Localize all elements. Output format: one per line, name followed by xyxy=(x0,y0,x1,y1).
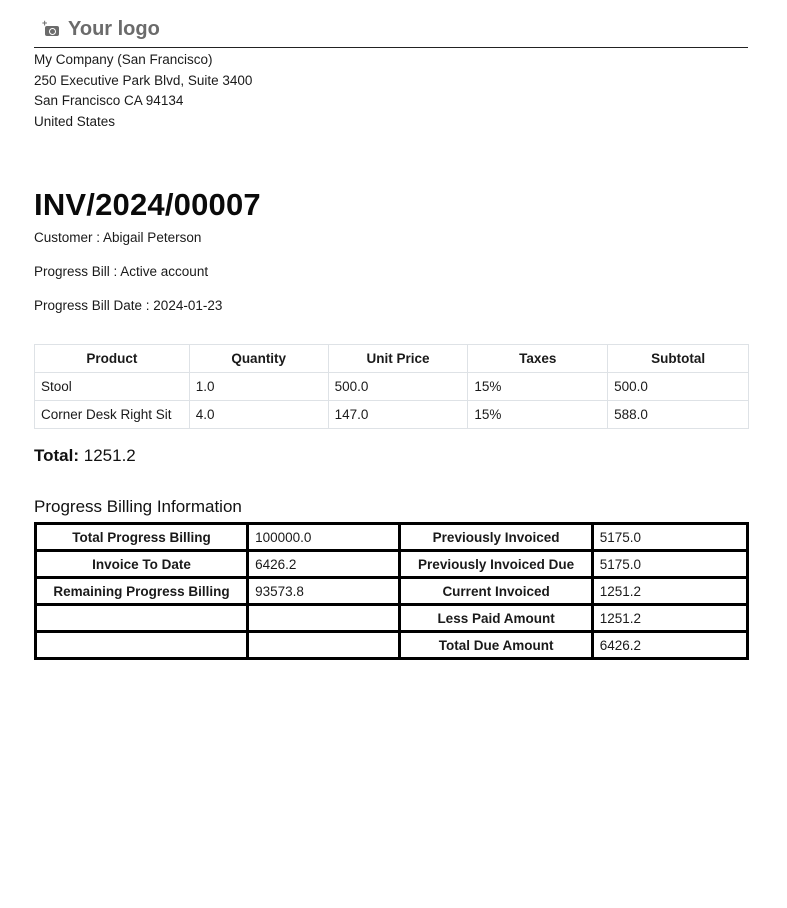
value-cell: 1251.2 xyxy=(592,578,747,605)
progress-bill-value: Active account xyxy=(120,264,208,279)
product-cell: Corner Desk Right Sit xyxy=(35,401,190,429)
subtotal-cell: 588.0 xyxy=(608,401,749,429)
table-header-row: Product Quantity Unit Price Taxes Subtot… xyxy=(35,345,749,373)
progress-bill-date-value: 2024-01-23 xyxy=(153,298,222,313)
taxes-cell: 15% xyxy=(468,373,608,401)
unit-price-cell: 500.0 xyxy=(328,373,468,401)
table-row: Remaining Progress Billing 93573.8 Curre… xyxy=(36,578,748,605)
column-header: Product xyxy=(35,345,190,373)
label-cell: Less Paid Amount xyxy=(400,605,592,632)
total-value: 1251.2 xyxy=(84,446,136,465)
table-row: Less Paid Amount 1251.2 xyxy=(36,605,748,632)
label-cell xyxy=(36,605,248,632)
table-row: Corner Desk Right Sit 4.0 147.0 15% 588.… xyxy=(35,401,749,429)
value-cell: 5175.0 xyxy=(592,524,747,551)
invoice-total: Total: 1251.2 xyxy=(34,446,136,466)
table-row: Total Progress Billing 100000.0 Previous… xyxy=(36,524,748,551)
company-street: 250 Executive Park Blvd, Suite 3400 xyxy=(34,71,252,92)
customer-line: Customer : Abigail Peterson xyxy=(34,230,201,245)
progress-billing-table: Total Progress Billing 100000.0 Previous… xyxy=(34,522,749,660)
progress-bill-label: Progress Bill : xyxy=(34,264,120,279)
unit-price-cell: 147.0 xyxy=(328,401,468,429)
quantity-cell: 4.0 xyxy=(189,401,328,429)
value-cell: 100000.0 xyxy=(248,524,400,551)
progress-bill-date-label: Progress Bill Date : xyxy=(34,298,153,313)
company-address: My Company (San Francisco) 250 Executive… xyxy=(34,50,252,132)
table-row: Invoice To Date 6426.2 Previously Invoic… xyxy=(36,551,748,578)
label-cell: Current Invoiced xyxy=(400,578,592,605)
progress-bill-line: Progress Bill : Active account xyxy=(34,264,208,279)
label-cell: Total Progress Billing xyxy=(36,524,248,551)
label-cell: Invoice To Date xyxy=(36,551,248,578)
quantity-cell: 1.0 xyxy=(189,373,328,401)
column-header: Unit Price xyxy=(328,345,468,373)
column-header: Quantity xyxy=(189,345,328,373)
progress-billing-title: Progress Billing Information xyxy=(34,497,242,517)
value-cell: 1251.2 xyxy=(592,605,747,632)
invoice-number: INV/2024/00007 xyxy=(34,187,261,223)
company-city: San Francisco CA 94134 xyxy=(34,91,252,112)
label-cell: Total Due Amount xyxy=(400,632,592,659)
value-cell: 6426.2 xyxy=(248,551,400,578)
label-cell: Previously Invoiced xyxy=(400,524,592,551)
taxes-cell: 15% xyxy=(468,401,608,429)
invoice-lines-table: Product Quantity Unit Price Taxes Subtot… xyxy=(34,344,749,429)
company-name: My Company (San Francisco) xyxy=(34,50,252,71)
customer-value: Abigail Peterson xyxy=(103,230,201,245)
column-header: Subtotal xyxy=(608,345,749,373)
progress-bill-date-line: Progress Bill Date : 2024-01-23 xyxy=(34,298,222,313)
label-cell: Previously Invoiced Due xyxy=(400,551,592,578)
total-label: Total: xyxy=(34,446,79,465)
table-row: Stool 1.0 500.0 15% 500.0 xyxy=(35,373,749,401)
customer-label: Customer : xyxy=(34,230,103,245)
camera-plus-icon: + xyxy=(44,23,60,36)
value-cell: 5175.0 xyxy=(592,551,747,578)
company-logo: + Your logo xyxy=(44,14,160,44)
header-divider xyxy=(34,47,748,48)
subtotal-cell: 500.0 xyxy=(608,373,749,401)
product-cell: Stool xyxy=(35,373,190,401)
label-cell xyxy=(36,632,248,659)
label-cell: Remaining Progress Billing xyxy=(36,578,248,605)
company-country: United States xyxy=(34,112,252,133)
logo-text: Your logo xyxy=(68,18,160,41)
value-cell: 6426.2 xyxy=(592,632,747,659)
value-cell: 93573.8 xyxy=(248,578,400,605)
value-cell xyxy=(248,605,400,632)
value-cell xyxy=(248,632,400,659)
column-header: Taxes xyxy=(468,345,608,373)
table-row: Total Due Amount 6426.2 xyxy=(36,632,748,659)
